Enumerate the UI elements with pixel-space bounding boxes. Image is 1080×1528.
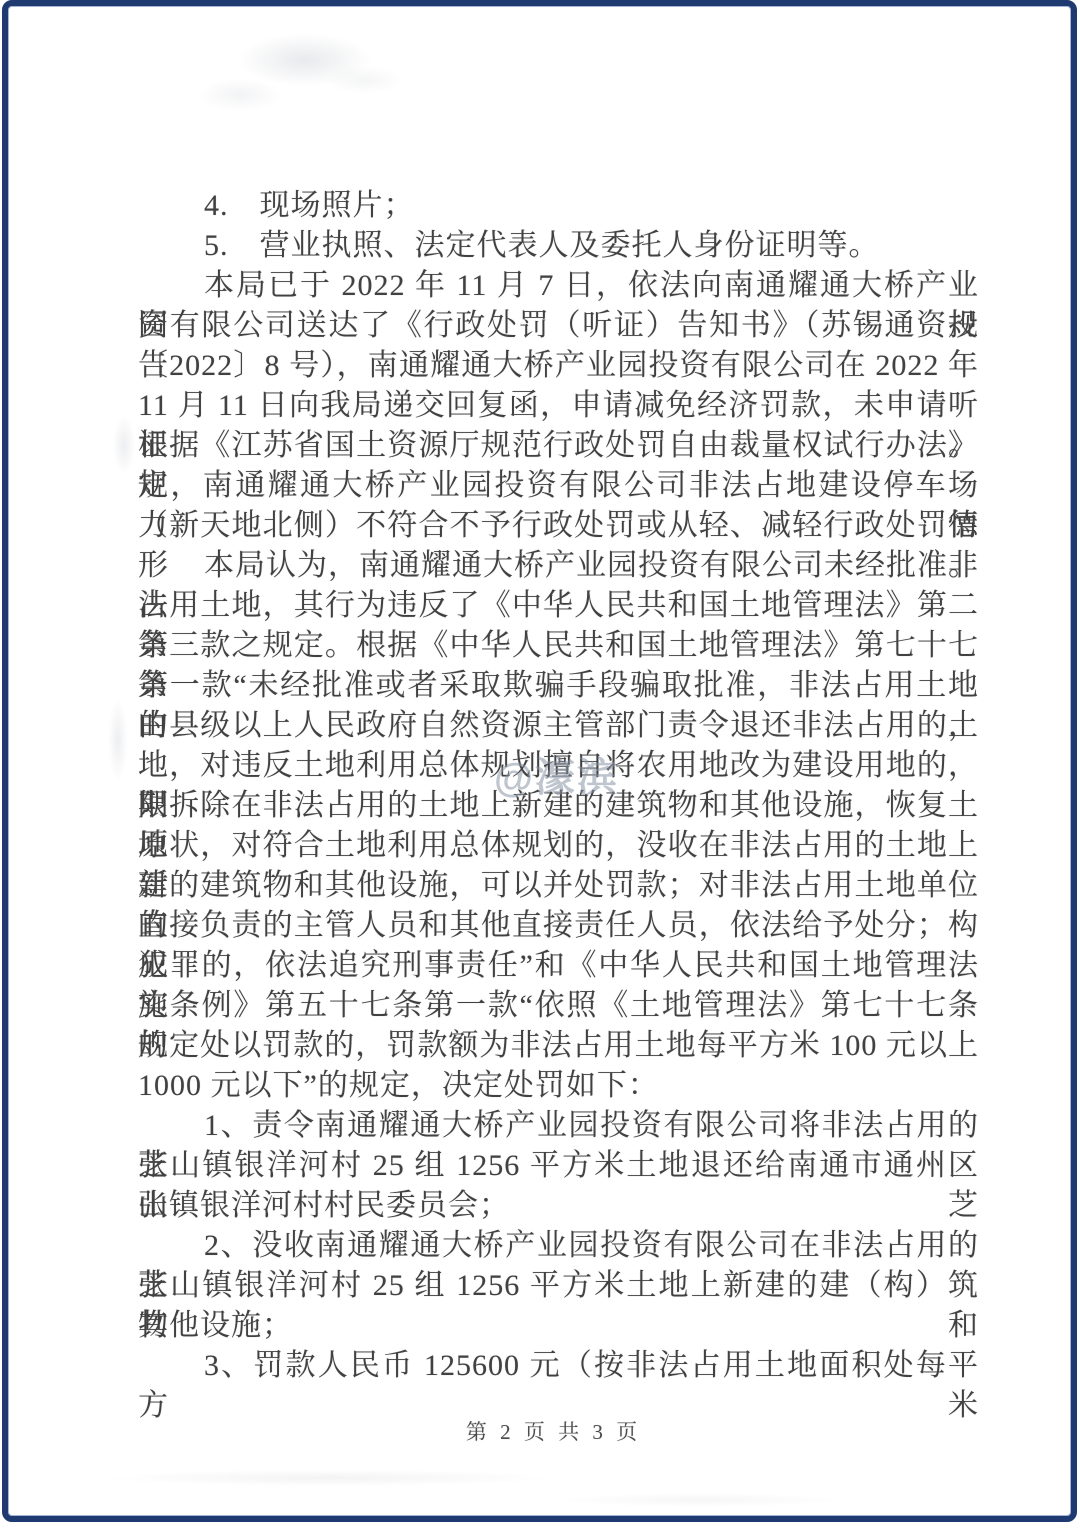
text-line: 〔2022〕8 号），南通耀通大桥产业园投资有限公司在 2022 年 bbox=[138, 346, 979, 386]
text-line: 施条例》第五十七条第一款“依照《土地管理法》第七十七条的 bbox=[138, 986, 979, 1026]
text-line: 本局认为，南通耀通大桥产业园投资有限公司未经批准非法 bbox=[138, 546, 979, 586]
text-line: 定，南通耀通大桥产业园投资有限公司非法占地建设停车场（德 bbox=[138, 466, 979, 506]
text-line: 原状，对符合土地利用总体规划的，没收在非法占用的土地上新 bbox=[138, 826, 979, 866]
text-line: 1、责令南通耀通大桥产业园投资有限公司将非法占用的张 bbox=[138, 1106, 979, 1146]
text-line: 期拆除在非法占用的土地上新建的建筑物和其他设施，恢复土地 bbox=[138, 786, 979, 826]
text-line: 1000 元以下”的规定，决定处罚如下： bbox=[138, 1066, 979, 1106]
document-page: 4. 现场照片；5. 营业执照、法定代表人及委托人身份证明等。本局已于 2022… bbox=[8, 6, 1071, 1516]
text-line: 占用土地，其行为违反了《中华人民共和国土地管理法》第二条 bbox=[138, 586, 979, 626]
text-line: 犯罪的，依法追究刑事责任”和《中华人民共和国土地管理法实 bbox=[138, 946, 979, 986]
page-number-footer: 第 2 页 共 3 页 bbox=[22, 1416, 1080, 1446]
text-line: 资有限公司送达了《行政处罚（听证）告知书》（苏锡通资规告 bbox=[138, 306, 979, 346]
document-body-text: 4. 现场照片；5. 营业执照、法定代表人及委托人身份证明等。本局已于 2022… bbox=[138, 186, 979, 1386]
text-line: 11 月 11 日向我局递交回复函，申请减免经济罚款，未申请听证。 bbox=[138, 386, 979, 426]
text-line: 芝山镇银洋河村 25 组 1256 平方米土地退还给南通市通州区张芝 bbox=[138, 1146, 979, 1186]
text-line: 芝山镇银洋河村 25 组 1256 平方米土地上新建的建（构）筑物和 bbox=[138, 1266, 979, 1306]
page-border-frame: 4. 现场照片；5. 营业执照、法定代表人及委托人身份证明等。本局已于 2022… bbox=[2, 0, 1077, 1522]
text-line: 第一款“未经批准或者采取欺骗手段骗取批准，非法占用土地的， bbox=[138, 666, 979, 706]
text-line: 4. 现场照片； bbox=[138, 186, 979, 226]
text-line: 3、罚款人民币 125600 元（按非法占用土地面积处每平方米 bbox=[138, 1346, 979, 1386]
text-line: 建的建筑物和其他设施，可以并处罚款；对非法占用土地单位的 bbox=[138, 866, 979, 906]
scanned-document-photo: 4. 现场照片；5. 营业执照、法定代表人及委托人身份证明等。本局已于 2022… bbox=[0, 0, 1080, 1528]
text-line: 根据《江苏省国土资源厅规范行政处罚自由裁量权试行办法》规 bbox=[138, 426, 979, 466]
text-line: 力新天地北侧）不符合不予行政处罚或从轻、减轻行政处罚情形。 bbox=[138, 506, 979, 546]
text-line: 5. 营业执照、法定代表人及委托人身份证明等。 bbox=[138, 226, 979, 266]
text-line: 2、没收南通耀通大桥产业园投资有限公司在非法占用的张 bbox=[138, 1226, 979, 1266]
text-line: 规定处以罚款的，罚款额为非法占用土地每平方米 100 元以上 bbox=[138, 1026, 979, 1066]
text-line: 本局已于 2022 年 11 月 7 日，依法向南通耀通大桥产业园投 bbox=[138, 266, 979, 306]
text-line: 第三款之规定。根据《中华人民共和国土地管理法》第七十七条 bbox=[138, 626, 979, 666]
text-line: 由县级以上人民政府自然资源主管部门责令退还非法占用的土 bbox=[138, 706, 979, 746]
text-line: 地，对违反土地利用总体规划擅自将农用地改为建设用地的，限 bbox=[138, 746, 979, 786]
text-line: 直接负责的主管人员和其他直接责任人员，依法给予处分；构成 bbox=[138, 906, 979, 946]
